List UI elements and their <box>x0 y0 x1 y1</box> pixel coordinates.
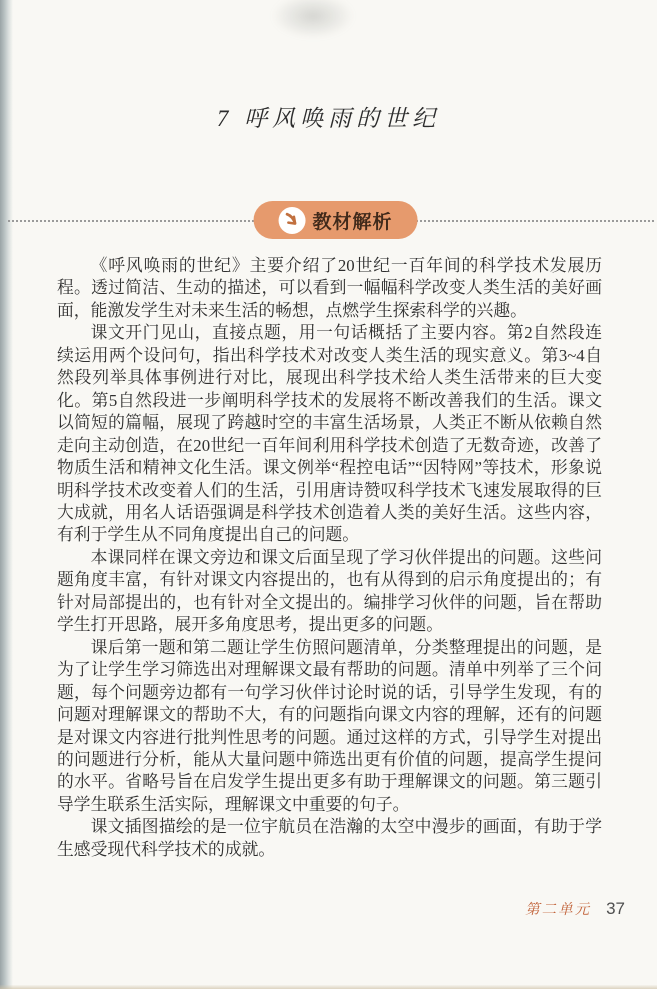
page-number: 37 <box>606 899 625 919</box>
scan-smudge <box>258 0 368 46</box>
section-badge: 教材解析 <box>253 201 417 239</box>
page-spine-shadow <box>0 0 13 989</box>
paragraph: 本课同样在课文旁边和课文后面呈现了学习伙伴提出的问题。这些问题角度丰富，有针对课… <box>57 547 602 637</box>
paragraph: 课文插图描绘的是一位宇航员在浩瀚的太空中漫步的画面，有助于学生感受现代科学技术的… <box>57 816 602 861</box>
section-divider: 教材解析 <box>0 201 657 239</box>
page-bottom-edge <box>0 985 657 989</box>
book-page: 7 呼风唤雨的世纪 教材解析 《呼风唤雨的世纪》主要介绍了20世纪一百年间的科学… <box>0 0 657 989</box>
lesson-title: 7 呼风唤雨的世纪 <box>0 100 657 133</box>
section-badge-label: 教材解析 <box>313 207 393 234</box>
paragraph: 《呼风唤雨的世纪》主要介绍了20世纪一百年间的科学技术发展历程。透过简洁、生动的… <box>57 255 602 322</box>
paragraph: 课文开门见山，直接点题，用一句话概括了主要内容。第2自然段连续运用两个设问句，指… <box>57 322 602 547</box>
paragraph: 课后第一题和第二题让学生仿照问题清单，分类整理提出的问题，是为了让学生学习筛选出… <box>57 637 602 817</box>
page-footer: 第二单元 37 <box>525 898 625 919</box>
arrow-down-right-icon <box>278 206 307 235</box>
analysis-text: 《呼风唤雨的世纪》主要介绍了20世纪一百年间的科学技术发展历程。透过简洁、生动的… <box>57 255 602 861</box>
unit-label: 第二单元 <box>525 898 591 919</box>
